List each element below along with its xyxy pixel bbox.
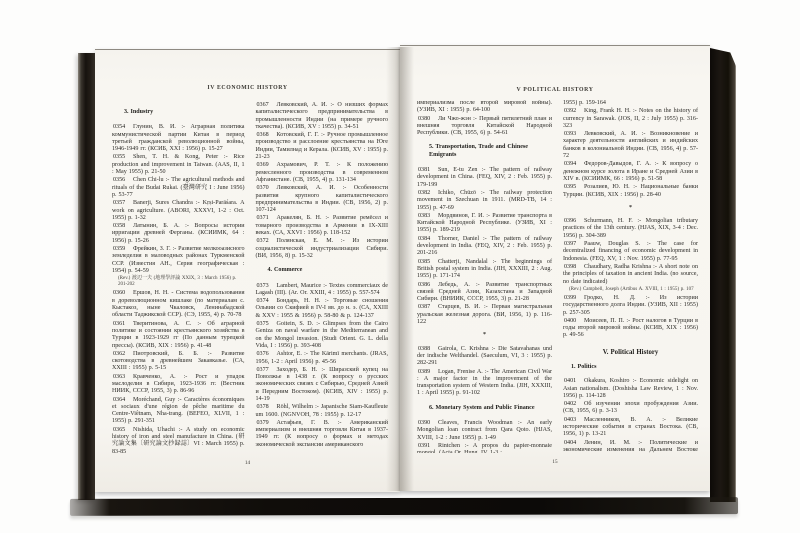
bibliography-entry: 0371Аракелян, Б. Н. :- Развитие ремёсел … bbox=[256, 215, 389, 237]
entry-number: 0376 bbox=[256, 351, 271, 358]
bibliography-entry: 0396Schurmann, H. F. :- Mongolian tribut… bbox=[563, 218, 698, 240]
entry-text: Rintchen :- A propos du papier-monnaie m… bbox=[417, 443, 552, 453]
bibliography-entry: 0374Бондарь, Н. Н. :- Торговые сношения … bbox=[256, 298, 389, 320]
entry-text: Okakura, Koshiro :- Economic sidelight o… bbox=[563, 378, 698, 399]
bibliography-entry: * bbox=[563, 205, 698, 212]
entry-text: Ершов, Н. Н. - Система водопользования в… bbox=[112, 290, 245, 318]
entry-number: 0395 bbox=[563, 184, 578, 191]
entry-number: 0360 bbox=[112, 290, 127, 297]
bibliography-entry: 0379Астафьев, Г. В. :- Американский импе… bbox=[256, 420, 389, 449]
entry-text: Ахрамович, Р. Т. :- К положению ремеслен… bbox=[256, 162, 389, 183]
entry-text: Заходер, Б. Н. :- Ширазский купец на Пов… bbox=[256, 367, 389, 402]
entry-text: Chen Chi-lu :- The agricultural methods … bbox=[112, 177, 245, 198]
entry-text: Тверитинова, А. С. :- Об аграрной полити… bbox=[112, 321, 245, 349]
entry-text: Goitein, S. D. :- Glimpses from the Cair… bbox=[256, 321, 389, 349]
right-page-number: 15 bbox=[400, 459, 710, 465]
entry-text: Röhl, Wilhelm :- Japanische Siam-Kaufleu… bbox=[256, 404, 389, 417]
entry-number: 0380 bbox=[417, 116, 432, 123]
left-page-column-1: 3. Industry 0354Глунин, В. И. :- Аграрна… bbox=[112, 102, 245, 454]
entry-number: 0388 bbox=[417, 346, 432, 353]
entry-text: Гродко, Н. Д. :- Из истории государствен… bbox=[563, 295, 698, 316]
entry-text: 1955) p. 159-164 bbox=[563, 100, 606, 106]
entry-number: 0400 bbox=[563, 318, 578, 325]
bibliography-entry: 0401Okakura, Koshiro :- Economic sidelig… bbox=[563, 378, 698, 400]
entry-text: империализма после второй мировой войны)… bbox=[417, 100, 552, 113]
entry-number: 0357 bbox=[112, 200, 127, 207]
bibliography-entry: 0355Shen, T. H. & Kong, Peter :- Rice pr… bbox=[112, 154, 245, 176]
bibliography-entry: 1955) p. 159-164 bbox=[563, 100, 698, 107]
entry-number: 0368 bbox=[256, 132, 271, 139]
bibliography-entry: 0403Масленников, В. А. :- Великие истори… bbox=[563, 417, 698, 439]
bibliography-entry: империализма после второй мировой войны)… bbox=[417, 100, 552, 115]
bibliography-entry: 0369Ахрамович, Р. Т. :- К положению реме… bbox=[256, 162, 389, 184]
entry-text: Moréchand, Guy :- Caractères économiques… bbox=[112, 397, 245, 425]
entry-number: 0364 bbox=[112, 397, 127, 404]
right-running-header: V POLITICAL HISTORY bbox=[400, 87, 710, 93]
entry-text: Ленин, И. М. :- Политические и экономиче… bbox=[563, 440, 698, 453]
bibliography-entry: 0383Мордвинов, Г. И. :- Развитие транспо… bbox=[417, 213, 552, 235]
entry-text: Chatterji, Nandalal :- The beginnings of… bbox=[417, 259, 552, 280]
entry-text: Федоров-Давыдов, Г. А. :- К вопросу о де… bbox=[563, 161, 698, 182]
bibliography-entry: 0363Кравченко, А. :- Рост и упадок масло… bbox=[112, 374, 245, 396]
bibliography-entry: 0402Об изучении эпохи пробуждения Азии. … bbox=[563, 401, 698, 416]
entry-text: Полянская, Е. М. :- Из истории социалист… bbox=[256, 238, 389, 259]
book-right-page-edge bbox=[710, 48, 736, 502]
entry-text: Nishida, Uhachi :- A study on economic h… bbox=[112, 427, 245, 454]
entry-text: Левковский, А. И. :- Возникновение и хар… bbox=[563, 131, 698, 159]
entry-text: Sun, E-tu Zen :- The pattern of railway … bbox=[417, 167, 552, 188]
bibliography-entry: 0359Фрейкин, З. Г. :- Развитие мелкооази… bbox=[112, 246, 245, 275]
entry-text: Lambert, Maurice :- Textes commerciaux d… bbox=[256, 283, 389, 296]
bibliography-entry: 0399Гродко, Н. Д. :- Из истории государс… bbox=[563, 295, 698, 317]
book-bottom-edge bbox=[70, 497, 738, 516]
bibliography-entry: 0400Моисеев, П. П. :- Рост налогов в Тур… bbox=[563, 318, 698, 340]
entry-text: Розалиев, Ю. Н. :- Национальные банки Ту… bbox=[563, 184, 698, 197]
left-page-columns: 3. Industry 0354Глунин, В. И. :- Аграрна… bbox=[112, 102, 388, 454]
bibliography-entry: 0390Cleaves, Francis Woodman :- An early… bbox=[417, 420, 552, 442]
scanned-book-spread: IV ECONOMIC HISTORY 3. Industry 0354Глун… bbox=[0, 0, 800, 533]
bibliography-entry: 0377Заходер, Б. Н. :- Ширазский купец на… bbox=[256, 367, 389, 403]
entry-number: 0401 bbox=[563, 378, 578, 385]
entry-text: Gairola, C. Krishna :- Die Satavahanas u… bbox=[417, 346, 552, 367]
bibliography-entry: 6. Monetary System and Public Finance bbox=[417, 405, 552, 412]
entry-number: 0370 bbox=[256, 185, 271, 192]
bibliography-entry: 4. Commerce bbox=[256, 267, 389, 274]
bibliography-entry: 0393Левковский, А. И. :- Возникновение и… bbox=[563, 131, 698, 160]
entry-text: 3. Industry bbox=[124, 109, 153, 115]
entry-number: 0394 bbox=[563, 161, 578, 168]
bibliography-entry: 1. Politics bbox=[563, 364, 698, 371]
left-page-column-2: 0367Левковский, А. И. :- О низших формах… bbox=[256, 102, 389, 454]
right-page-column-2: 1955) p. 159-164 0392King, Frank H. H. :… bbox=[563, 100, 698, 453]
bibliography-entry: 0387Старцев, В. И. :- Первая магистральн… bbox=[417, 304, 552, 326]
entry-text: Paauw, Douglas S. :- The case for decent… bbox=[563, 241, 698, 262]
bibliography-entry: 0364Moréchand, Guy :- Caractères économi… bbox=[112, 397, 245, 426]
entry-text: 1. Politics bbox=[571, 364, 596, 370]
bibliography-entry: * bbox=[417, 332, 552, 339]
entry-text: Фрейкин, З. Г. :- Развитие мелкооазисног… bbox=[112, 246, 245, 274]
bibliography-entry: 0356Chen Chi-lu :- The agricultural meth… bbox=[112, 177, 245, 199]
entry-number: 0361 bbox=[112, 321, 127, 328]
entry-number: 0386 bbox=[417, 282, 432, 289]
entry-text: Старцев, В. И. :- Первая магистральная у… bbox=[417, 304, 552, 325]
entry-text: * bbox=[629, 205, 632, 211]
entry-text: Shen, T. H. & Kong, Peter :- Rice produc… bbox=[112, 154, 245, 175]
left-page-number: 14 bbox=[95, 460, 400, 466]
entry-number: 0369 bbox=[256, 162, 271, 169]
entry-number: 0392 bbox=[563, 108, 578, 115]
bibliography-entry: 0367Левковский, А. И. :- О низших формах… bbox=[256, 102, 389, 131]
bibliography-entry: 0389Logan, Frenise A. :- The American Ci… bbox=[417, 369, 552, 398]
entry-text: Ichiko, Chūzō :- The railway protection … bbox=[417, 190, 552, 211]
bibliography-entry: 0378Röhl, Wilhelm :- Japanische Siam-Kau… bbox=[256, 404, 389, 419]
entry-text: V. Political History bbox=[603, 349, 659, 356]
entry-text: Chaudhary, Radha Krishna :- A short note… bbox=[563, 264, 698, 285]
bibliography-entry: 3. Industry bbox=[112, 109, 245, 116]
bibliography-entry: 0382Ichiko, Chūzō :- The railway protect… bbox=[417, 190, 552, 212]
bibliography-entry: 0368Котовский, Г. Г. :- Ручное промышлен… bbox=[256, 132, 389, 161]
entry-text: Латынин, Б. А. :- Вопросы истории иррига… bbox=[112, 223, 245, 244]
bibliography-entry: 0380Ли Чжо-жэн :- Первый пятилетний план… bbox=[417, 116, 552, 138]
entry-number: 0404 bbox=[563, 440, 578, 447]
entry-text: Кравченко, А. :- Рост и упадок маслодели… bbox=[112, 374, 245, 395]
left-running-header: IV ECONOMIC HISTORY bbox=[95, 85, 400, 91]
bibliography-entry: 0372Полянская, Е. М. :- Из истории социа… bbox=[256, 238, 389, 260]
bibliography-entry: 0381Sun, E-tu Zen :- The pattern of rail… bbox=[417, 167, 552, 189]
entry-text: Об изучении эпохи пробуждения Азии. (СВ,… bbox=[563, 401, 698, 414]
entry-text: King, Frank H. H. :- Notes on the histor… bbox=[563, 108, 698, 129]
entry-number: 0373 bbox=[256, 283, 271, 290]
entry-number: 0372 bbox=[256, 238, 271, 245]
bibliography-entry: (Rev.) Campbell, Joseph (Artibus A. XVII… bbox=[569, 287, 698, 293]
entry-number: 0389 bbox=[417, 369, 432, 376]
bibliography-entry: 0386Лебедь, А. :- Развитие транспортных … bbox=[417, 282, 552, 304]
entry-number: 0362 bbox=[112, 351, 127, 358]
bibliography-entry: 0373Lambert, Maurice :- Textes commercia… bbox=[256, 283, 389, 298]
entry-number: 0387 bbox=[417, 304, 432, 311]
entry-number: 0365 bbox=[112, 427, 127, 434]
entry-text: Астафьев, Г. В. :- Американский империал… bbox=[256, 420, 389, 448]
entry-text: Logan, Frenise A. :- The American Civil … bbox=[417, 369, 552, 397]
entry-number: 0355 bbox=[112, 154, 127, 161]
entry-text: Левковский, А. И. :- О низших формах кап… bbox=[256, 102, 389, 130]
entry-text: Бондарь, Н. Н. :- Торговые сношения Ольв… bbox=[256, 298, 389, 319]
bibliography-entry: 5. Transportation, Trade and Chinese Emi… bbox=[417, 144, 552, 159]
bibliography-entry: 0404Ленин, И. М. :- Политические и эконо… bbox=[563, 440, 698, 453]
entry-number: 0378 bbox=[256, 404, 271, 411]
bibliography-entry: 0354Глунин, В. И. :- Аграрная политика к… bbox=[112, 124, 245, 153]
bibliography-entry: 0398Chaudhary, Radha Krishna :- A short … bbox=[563, 264, 698, 286]
bibliography-entry: 0395Розалиев, Ю. Н. :- Национальные банк… bbox=[563, 184, 698, 199]
entry-text: (Rev.) 渡辺一夫 (地理學評論 XXIX, 3 : March 1956)… bbox=[118, 276, 236, 287]
bibliography-entry: 0370Левковский, А. И. :- Особенности раз… bbox=[256, 185, 389, 214]
entry-text: (Rev.) Campbell, Joseph (Artibus A. XVII… bbox=[569, 287, 694, 292]
entry-text: Ashtor, E. :- The Kārimī merchants. (JRA… bbox=[256, 351, 389, 364]
bibliography-entry: 0361Тверитинова, А. С. :- Об аграрной по… bbox=[112, 321, 245, 350]
entry-text: * bbox=[483, 332, 486, 338]
entry-text: Thorner, Daniel :- The pattern of railwa… bbox=[417, 236, 552, 257]
entry-text: Ли Чжо-жэн :- Первый пятилетний план и в… bbox=[417, 116, 552, 137]
entry-number: 0384 bbox=[417, 236, 432, 243]
bibliography-entry: 0362Пиотровский, Б. Б. :- Развитие ското… bbox=[112, 351, 245, 373]
book-left-page-edge bbox=[78, 53, 95, 500]
entry-text: Banerji, Sures Chandra :- Kṛṣi-Parāśara.… bbox=[112, 200, 245, 221]
entry-number: 0354 bbox=[112, 124, 127, 131]
bibliography-entry: 0375Goitein, S. D. :- Glimpses from the … bbox=[256, 321, 389, 350]
bibliography-entry: 0392King, Frank H. H. :- Notes on the hi… bbox=[563, 108, 698, 130]
entry-text: Мордвинов, Г. И. :- Развитие транспорта … bbox=[417, 213, 552, 234]
entry-number: 0379 bbox=[256, 420, 271, 427]
bibliography-entry: 0360Ершов, Н. Н. - Система водопользован… bbox=[112, 290, 245, 319]
entry-number: 0377 bbox=[256, 367, 271, 374]
entry-number: 0403 bbox=[563, 417, 578, 424]
bibliography-entry: 0384Thorner, Daniel :- The pattern of ra… bbox=[417, 236, 552, 258]
entry-number: 0367 bbox=[256, 102, 271, 109]
bibliography-entry: 0358Латынин, Б. А. :- Вопросы истории ир… bbox=[112, 223, 245, 245]
right-page: V POLITICAL HISTORY империализма после в… bbox=[400, 46, 710, 491]
entry-text: Масленников, В. А. :- Великие историческ… bbox=[563, 417, 698, 438]
entry-number: 0385 bbox=[417, 259, 432, 266]
right-page-columns: империализма после второй мировой войны)… bbox=[417, 100, 698, 453]
entry-text: Моисеев, П. П. :- Рост налогов в Турции … bbox=[563, 318, 698, 339]
bibliography-entry: 0385Chatterji, Nandalal :- The beginning… bbox=[417, 259, 552, 281]
bibliography-entry: 0391Rintchen :- A propos du papier-monna… bbox=[417, 443, 552, 453]
bibliography-entry: V. Political History bbox=[563, 349, 698, 356]
bibliography-entry: 0397Paauw, Douglas S. :- The case for de… bbox=[563, 241, 698, 263]
bibliography-entry: 0357Banerji, Sures Chandra :- Kṛṣi-Parāś… bbox=[112, 200, 245, 222]
entry-text: Schurmann, H. F. :- Mongolian tributary … bbox=[563, 218, 698, 239]
entry-text: 6. Monetary System and Public Finance bbox=[429, 405, 535, 411]
entry-text: 4. Commerce bbox=[268, 267, 303, 273]
entry-text: Котовский, Г. Г. :- Ручное промышленное … bbox=[256, 132, 389, 160]
entry-text: Левковский, А. И. :- Особенности развити… bbox=[256, 185, 389, 213]
bibliography-entry: 0365Nishida, Uhachi :- A study on econom… bbox=[112, 427, 245, 454]
entry-text: Пиотровский, Б. Б. :- Развитие скотоводс… bbox=[112, 351, 245, 372]
entry-text: Лебедь, А. :- Развитие транспортных связ… bbox=[417, 282, 552, 303]
entry-text: Глунин, В. И. :- Аграрная политика комму… bbox=[112, 124, 245, 152]
bibliography-entry: 0394Федоров-Давыдов, Г. А. :- К вопросу … bbox=[563, 161, 698, 183]
entry-text: Cleaves, Francis Woodman :- An early Mon… bbox=[417, 420, 552, 441]
right-page-column-1: империализма после второй мировой войны)… bbox=[417, 100, 552, 453]
bibliography-entry: (Rev.) 渡辺一夫 (地理學評論 XXIX, 3 : March 1956)… bbox=[118, 276, 245, 288]
entry-number: 0363 bbox=[112, 374, 127, 381]
entry-number: 0356 bbox=[112, 177, 127, 184]
entry-text: 5. Transportation, Trade and Chinese Emi… bbox=[429, 144, 528, 157]
entry-number: 0371 bbox=[256, 215, 271, 222]
entry-text: Аракелян, Б. Н. :- Развитие ремёсел и то… bbox=[256, 215, 389, 236]
bibliography-entry: 0376Ashtor, E. :- The Kārimī merchants. … bbox=[256, 351, 389, 366]
left-page: IV ECONOMIC HISTORY 3. Industry 0354Глун… bbox=[95, 50, 400, 492]
bibliography-entry: 0388Gairola, C. Krishna :- Die Satavahan… bbox=[417, 346, 552, 368]
